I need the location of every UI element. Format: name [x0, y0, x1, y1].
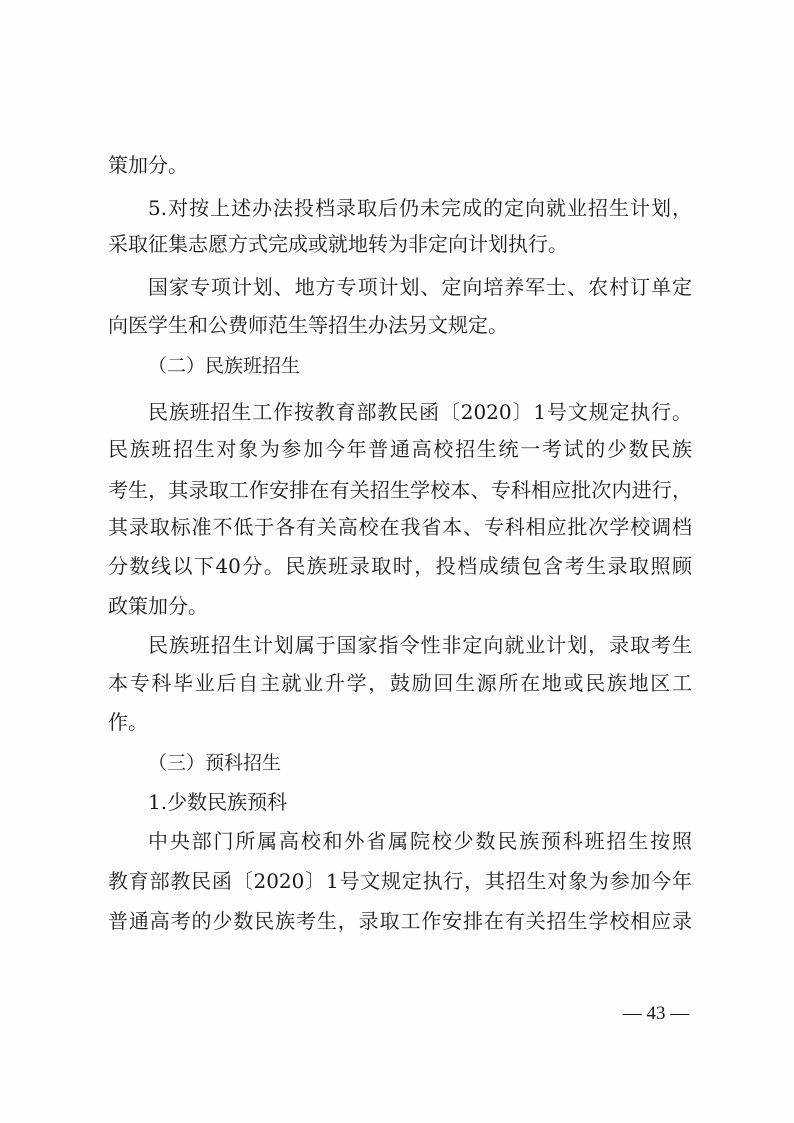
- text-line: 民族班招生计划属于国家指令性非定向就业计划，录取考生: [148, 630, 692, 660]
- text-line: 民族班招生工作按教育部教民函〔2020〕1号文规定执行。: [148, 397, 692, 427]
- text-line: 策加分。: [108, 150, 692, 180]
- text-line: 5.对按上述办法投档录取后仍未完成的定向就业招生计划，: [148, 193, 692, 223]
- text-line: 本专科毕业后自主就业升学，鼓励回生源所在地或民族地区工: [108, 668, 692, 698]
- text-line: 教育部教民函〔2020〕1号文规定执行，其招生对象为参加今年: [108, 866, 692, 896]
- text-line: 民族班招生对象为参加今年普通高校招生统一考试的少数民族: [108, 434, 692, 464]
- text-line: 普通高考的少数民族考生，录取工作安排在有关招生学校相应录: [108, 906, 692, 936]
- text-line: 中央部门所属高校和外省属院校少数民族预科班招生按照: [148, 826, 692, 856]
- document-page: 策加分。 5.对按上述办法投档录取后仍未完成的定向就业招生计划， 采取征集志愿方…: [0, 0, 794, 1123]
- text-line: 其录取标准不低于各有关高校在我省本、专科相应批次学校调档: [108, 512, 692, 542]
- subsection-heading: 1.少数民族预科: [148, 787, 448, 817]
- text-line: 国家专项计划、地方专项计划、定向培养军士、农村订单定: [148, 272, 692, 302]
- page-number: — 43 —: [616, 1003, 696, 1025]
- text-line: 作。: [108, 707, 692, 737]
- section-heading: （二）民族班招生: [148, 351, 448, 381]
- text-line: 分数线以下40分。民族班录取时，投档成绩包含考生录取照顾: [108, 551, 692, 581]
- text-line: 政策加分。: [108, 591, 692, 621]
- text-line: 考生，其录取工作安排在有关招生学校本、专科相应批次内进行，: [108, 475, 692, 505]
- text-line: 向医学生和公费师范生等招生办法另文规定。: [108, 310, 692, 340]
- text-line: 采取征集志愿方式完成或就地转为非定向计划执行。: [108, 229, 692, 259]
- section-heading: （三）预科招生: [148, 748, 448, 778]
